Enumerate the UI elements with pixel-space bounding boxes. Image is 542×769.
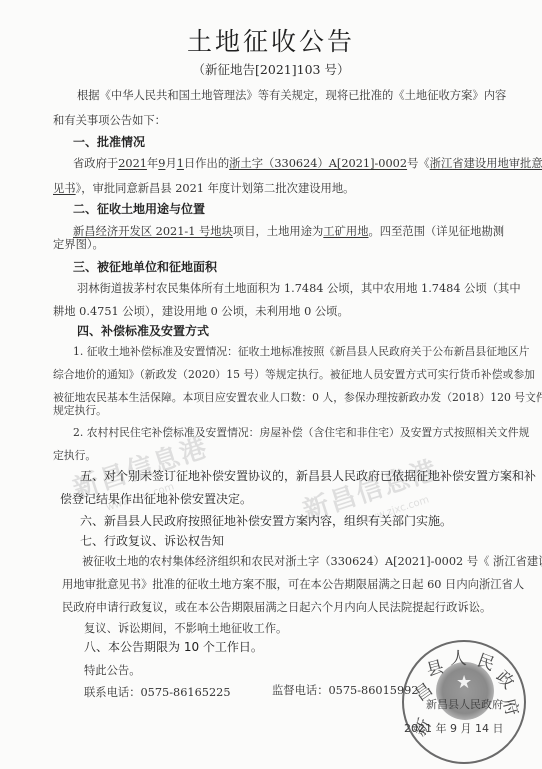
- section-2-heading: 二、征收土地用途与位置: [73, 200, 205, 217]
- section-1-heading: 一、批准情况: [73, 133, 145, 150]
- approval-year: 2021: [118, 157, 147, 170]
- issuer-name: 新昌县人民政府: [426, 696, 503, 712]
- text: 日作出的: [184, 157, 229, 170]
- section-7-line-4: 复议、诉讼期间，不影响土地征收工作。: [84, 620, 287, 636]
- intro-line-2: 和有关事项公告如下：: [53, 112, 166, 128]
- section-7-line-3: 民政府申请行政复议，或在本公告期限届满之日起六个月内向人民法院提起行政诉讼。: [62, 599, 491, 615]
- document-page: 新昌信息港 www.zjxc.com 新昌信息港 www.zjxc.com 土地…: [0, 0, 542, 769]
- text: 号《: [407, 157, 430, 170]
- section-4-heading: 四、补偿标准及安置方式: [77, 322, 209, 339]
- text: 省政府于: [73, 157, 118, 170]
- approval-day: 1: [177, 157, 184, 170]
- official-seal: ★ 新 昌 县 人 民 政 府 新昌县人民政府 2021 年 9 月 14 日: [402, 640, 526, 764]
- text: 月: [165, 157, 176, 170]
- intro-line-1: 根据《中华人民共和国土地管理法》等有关规定，现将已批准的《土地征收方案》内容: [77, 87, 506, 103]
- section-3-line-2: 耕地 0.4751 公顷），建设用地 0 公顷，未利用地 0 公顷。: [53, 303, 349, 319]
- section-4-item-2-line-2: 定执行。: [53, 448, 96, 463]
- section-2-line-2: 定界图）。: [53, 236, 104, 252]
- section-8-line-1: 八、本公告期限为 10 个工作日。: [84, 638, 263, 655]
- text: 年: [147, 157, 158, 170]
- approval-opinion-title: 浙江省建设用地审批意: [430, 157, 542, 170]
- section-3-line-1: 羽林街道拔茅村农民集体所有土地面积为 1.7484 公顷，其中农用地 1.748…: [77, 280, 521, 296]
- document-number: （新征地告[2021]103 号）: [0, 60, 542, 78]
- section-4-item-2-line-1: 2. 农村村民住宅补偿标准及安置情况：房屋补偿（含住宅和非住宅）及安置方式按照相…: [73, 425, 529, 440]
- seal-char: 县: [423, 652, 446, 681]
- seal-char: 民: [474, 646, 499, 675]
- text: 》，审批同意新昌县 2021 年度计划第二批次建设用地。: [76, 182, 355, 195]
- approval-doc-ref: 浙土字（330624）A[2021]-0002: [229, 157, 407, 170]
- text: 。四至范围（详见征地勘测: [369, 225, 505, 238]
- section-4-item-1-line-2: 综合地价的通知》（新政发（2020）15 号）等规定执行。被征地人员安置方式可实…: [53, 367, 535, 382]
- seal-char: 人: [450, 644, 467, 669]
- section-7-heading: 七、行政复议、诉讼权告知: [80, 532, 224, 549]
- star-icon: ★: [456, 672, 472, 693]
- closing-notice: 特此公告。: [84, 662, 141, 678]
- section-4-item-1-line-3: 被征地农民基本生活保障。本项目应安置农业人口数：0 人，参保办理按新政办发（20…: [53, 390, 542, 405]
- approval-opinion-title: 见书: [53, 182, 76, 195]
- section-4-item-1-line-4: 规定执行。: [53, 403, 107, 418]
- seal-char: 政: [492, 664, 522, 694]
- page-title: 土地征收公告: [0, 22, 542, 58]
- section-1-line-1: 省政府于2021年9月1日作出的浙土字（330624）A[2021]-0002号…: [73, 155, 542, 171]
- section-6-line-1: 六、新昌县人民政府按照征地补偿安置方案内容，组织有关部门实施。: [80, 512, 452, 529]
- section-5-line-2: 偿登记结果作出征地补偿安置决定。: [60, 490, 252, 507]
- section-4-item-1-line-1: 1. 征收土地补偿标准及安置情况：征收土地标准按照《新昌县人民政府关于公布新昌县…: [73, 344, 529, 359]
- section-2-line-1: 新昌经济开发区 2021-1 号地块项目，土地用途为工矿用地。四至范围（详见征地…: [73, 223, 504, 239]
- section-7-line-1: 被征收土地的农村集体经济组织和农民对浙土字（330624）A[2021]-000…: [82, 553, 542, 569]
- section-5-line-1: 五、对个别未签订征地补偿安置协议的，新昌县人民政府已依据征地补偿安置方案和补: [80, 467, 536, 484]
- section-1-line-2: 见书》，审批同意新昌县 2021 年度计划第二批次建设用地。: [53, 180, 354, 196]
- contact-phone: 联系电话：0575-86165225: [84, 684, 231, 700]
- land-use: 工矿用地: [323, 225, 368, 238]
- text: 项目，土地用途为: [233, 225, 323, 238]
- section-7-line-2: 用地审批意见书》批准的征收土地方案不服，可在本公告期限届满之日起 60 日内向浙…: [62, 576, 524, 592]
- supervision-phone: 监督电话：0575-86015992: [272, 682, 419, 698]
- section-3-heading: 三、被征地单位和征地面积: [73, 258, 217, 275]
- issue-date: 2021 年 9 月 14 日: [404, 720, 503, 736]
